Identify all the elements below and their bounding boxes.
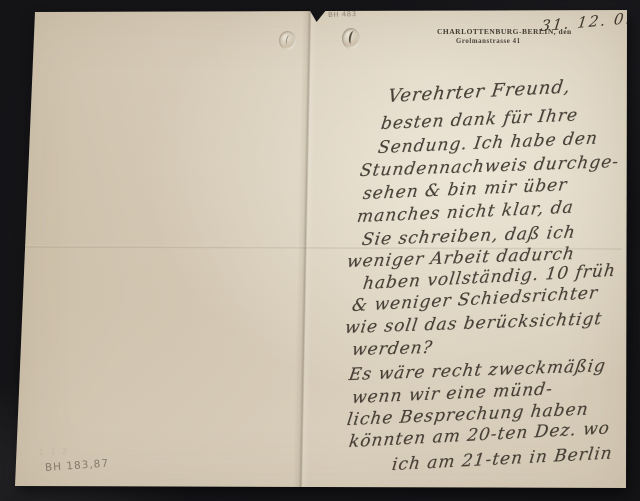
handwriting-salutation: Verehrter Freund,: [387, 76, 572, 107]
archive-code-top: BH 483: [328, 10, 357, 19]
letterhead-street-line: Grolmanstrasse 41: [456, 38, 521, 45]
paper-shadow: BH 483 1.1.2 BH 183,87 CHARLOTTENBURG-BE…: [0, 0, 640, 501]
archive-code-faint: 1.1.2: [39, 446, 70, 457]
handwriting-line: werden?: [350, 338, 434, 360]
embossed-seal-left-page: [279, 31, 296, 50]
letter-sheet: BH 483 1.1.2 BH 183,87 CHARLOTTENBURG-BE…: [0, 0, 640, 501]
handwritten-date: 31. 12. 01: [540, 8, 638, 35]
archive-code-bottom: BH 183,87: [45, 458, 110, 474]
handwriting-line: ich am 21-ten in Berlin: [391, 443, 614, 475]
letter-scan: BH 483 1.1.2 BH 183,87 CHARLOTTENBURG-BE…: [0, 0, 640, 501]
embossed-seal-right-page: [342, 28, 360, 49]
handwriting-line: Es wäre recht zweckmäßig: [348, 356, 608, 385]
